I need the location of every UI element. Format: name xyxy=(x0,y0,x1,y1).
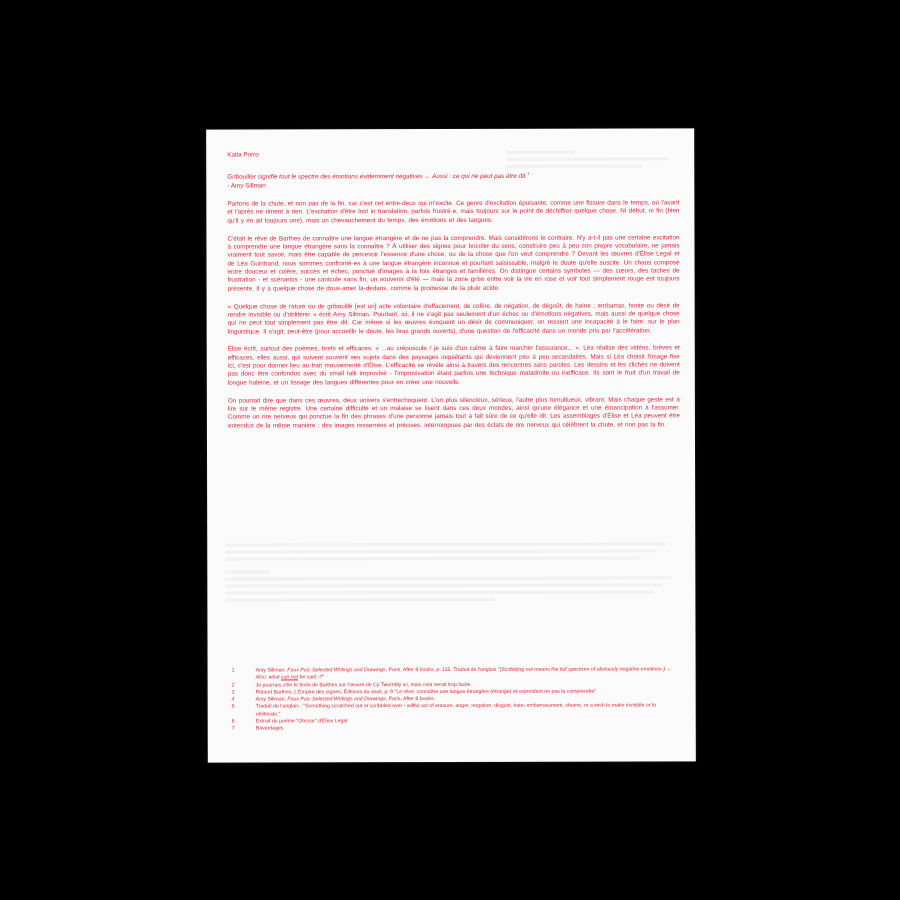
footnote-citation: , Paris, After 8 books, p. 115. Traduit … xyxy=(386,667,502,673)
epigraph-signature: - Amy Sillman xyxy=(227,181,679,191)
printed-sheet: Katia Porro Gribouiller signifie tout le… xyxy=(206,128,696,762)
footnote-text: Bavardages xyxy=(256,725,681,733)
epigraph: Gribouiller signifie tout le spectre des… xyxy=(227,170,679,191)
footnote-number: 7 xyxy=(229,726,256,733)
footnote-number: 3 xyxy=(229,689,256,696)
footnote-author: Amy Sillman, xyxy=(256,667,288,673)
footnote-title: Faux Pas: Selected Writings and Drawings xyxy=(287,696,385,702)
footnote-text: Traduit de l'anglais : "Something scratc… xyxy=(256,703,681,719)
footnote-close: " xyxy=(322,675,324,681)
author-name: Katia Porro xyxy=(227,150,679,160)
paragraph: On pourrait dire que dans ces œuvres, de… xyxy=(228,396,680,431)
footnote-text: Amy Sillman, Faux Pas: Selected Writings… xyxy=(256,666,681,682)
footnote-number: 6 xyxy=(229,719,256,726)
footnotes: 1 Amy Sillman, Faux Pas: Selected Writin… xyxy=(229,666,681,733)
paragraph: « Quelque chose de raturé ou de gribouil… xyxy=(228,302,680,337)
paragraph: Élise écrit, surtout des poèmes, brefs e… xyxy=(228,345,680,388)
black-backdrop: Katia Porro Gribouiller signifie tout le… xyxy=(0,0,900,900)
footnote-number: 5 xyxy=(229,704,256,711)
footnote-author: Amy Sillman, xyxy=(256,697,288,703)
epigraph-quote: Gribouiller signifie tout le spectre des… xyxy=(227,173,527,181)
footnote: 5 Traduit de l'anglais : "Something scra… xyxy=(229,703,681,719)
footnote-number: 4 xyxy=(229,697,256,704)
paragraph: C'était le rêve de Barthes de connaître … xyxy=(227,234,679,294)
footnote-number: 1 xyxy=(229,668,256,675)
paragraph: Partons de la chute, et non pas de la fi… xyxy=(227,200,679,226)
footnote: 1 Amy Sillman, Faux Pas: Selected Writin… xyxy=(229,666,681,682)
footnote-citation: , Paris, After 8 books. xyxy=(386,696,435,702)
footnote-title: Faux Pas: Selected Writings and Drawings xyxy=(287,667,385,673)
essay-body: Katia Porro Gribouiller signifie tout le… xyxy=(227,150,680,440)
footnote-quote-underlined: can not xyxy=(281,675,298,681)
footnote-quote-end: be said -? xyxy=(298,675,322,681)
show-through-text xyxy=(225,538,675,619)
footnote-marker: 1 xyxy=(527,171,529,176)
footnote-number: 2 xyxy=(229,682,256,689)
footnote: 7 Bavardages xyxy=(229,725,681,733)
